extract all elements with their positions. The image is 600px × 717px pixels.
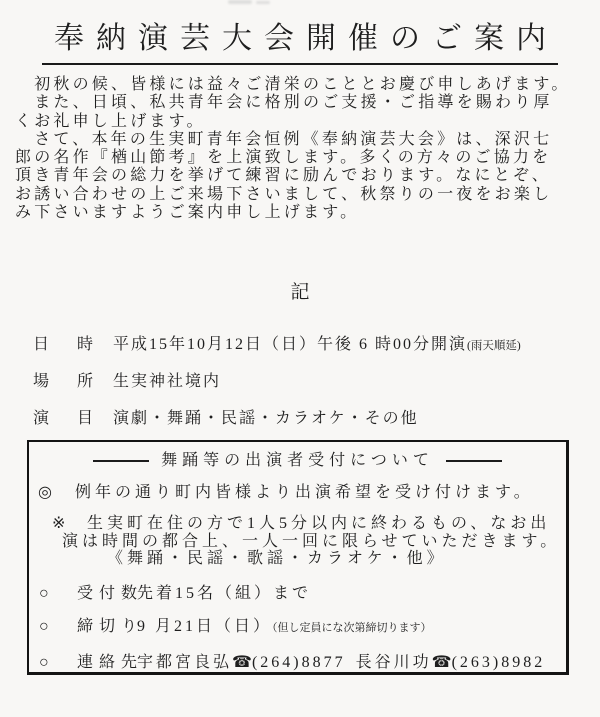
circle-bullet: ○ (39, 585, 77, 603)
row-value: 先着15名（組）まで (137, 585, 311, 603)
contact-phone: (263)8982 (452, 654, 546, 671)
detail-value: 演劇・舞踊・民謡・カラオケ・その他 (113, 410, 419, 427)
circle-bullet: ○ (39, 618, 77, 638)
deadline-date: 9 月21日（日） (137, 618, 272, 635)
contact-name: 長谷川功 (356, 654, 432, 671)
dash-rule-left (93, 460, 149, 462)
row-label: 連絡先 (77, 654, 137, 672)
condition-note-line2: 演は時間の都合上、一人一回に限らせていただきます。 (29, 533, 566, 551)
contact-list: 宇都宮良弘☎(264)8877長谷川功☎(263)8982 (137, 654, 545, 672)
rain-postpone-note: (雨天順延) (467, 340, 521, 352)
detail-label: 日 時 (33, 331, 113, 354)
detail-row-datetime: 日 時平成15年10月12日（日）午後 6 時00分開演(雨天順延) (33, 331, 521, 354)
condition-note-line1: ※ 生実町在住の方で1人5分以内に終わるもの、なお出 (29, 515, 566, 533)
phone-icon: ☎ (432, 654, 452, 671)
row-value: 9 月21日（日）（但し定員にな次第締切ります） (137, 618, 432, 638)
detail-label: 演 目 (33, 405, 113, 428)
box-header: 舞踊等の出演者受付について (29, 452, 566, 470)
row-label: 受付数 (77, 585, 137, 603)
circle-bullet: ○ (39, 654, 77, 672)
row-label: 締切り (77, 618, 137, 638)
box-title: 舞踊等の出演者受付について (161, 452, 434, 470)
detail-value: 生実神社境内 (113, 373, 221, 390)
reference-mark: ※ (52, 515, 87, 533)
detail-row-place: 場 所生実神社境内 (33, 368, 221, 391)
scanned-notice-page: 奉納演芸大会開催のご案内 初秋の候、皆様には益々ご清栄のこととお慶び申しあげます… (0, 0, 600, 717)
acceptance-item: ◎ 例年の通り町内皆様より出演希望を受け付けます。 (29, 484, 566, 502)
box-row-contact: ○ 連絡先 宇都宮良弘☎(264)8877長谷川功☎(263)8982 (29, 654, 566, 672)
box-row-deadline: ○ 締切り 9 月21日（日）（但し定員にな次第締切ります） (29, 618, 566, 638)
contact-phone: (264)8877 (252, 654, 346, 671)
scan-artifact (256, 1, 270, 4)
detail-row-program: 演 目演劇・舞踊・民謡・カラオケ・その他 (33, 405, 419, 428)
detail-value: 平成15年10月12日（日）午後 6 時00分開演 (113, 336, 467, 353)
contact-name: 宇都宮良弘 (137, 654, 232, 671)
deadline-note: （但し定員にな次第締切ります） (272, 622, 432, 634)
title-block: 奉納演芸大会開催のご案内 (0, 13, 600, 65)
performer-registration-box: 舞踊等の出演者受付について ◎ 例年の通り町内皆様より出演希望を受け付けます。 … (27, 440, 569, 675)
detail-label: 場 所 (33, 368, 113, 391)
intro-paragraph: 初秋の候、皆様には益々ご清栄のこととお慶び申しあげます。 また、日頃、私共青年会… (15, 76, 571, 222)
phone-icon: ☎ (232, 654, 252, 671)
record-heading: 記 (0, 277, 600, 304)
dash-rule-right (446, 460, 502, 462)
scan-artifact (228, 0, 252, 4)
box-row-capacity: ○ 受付数 先着15名（組）まで (29, 585, 566, 603)
page-title: 奉納演芸大会開催のご案内 (42, 13, 558, 65)
condition-note-line3: 《舞踊・民謡・歌謡・カラオケ・他》 (29, 550, 566, 568)
double-circle-bullet: ◎ (38, 484, 75, 502)
condition-text: 生実町在住の方で1人5分以内に終わるもの、なお出 (87, 515, 550, 533)
acceptance-text: 例年の通り町内皆様より出演希望を受け付けます。 (75, 484, 534, 502)
